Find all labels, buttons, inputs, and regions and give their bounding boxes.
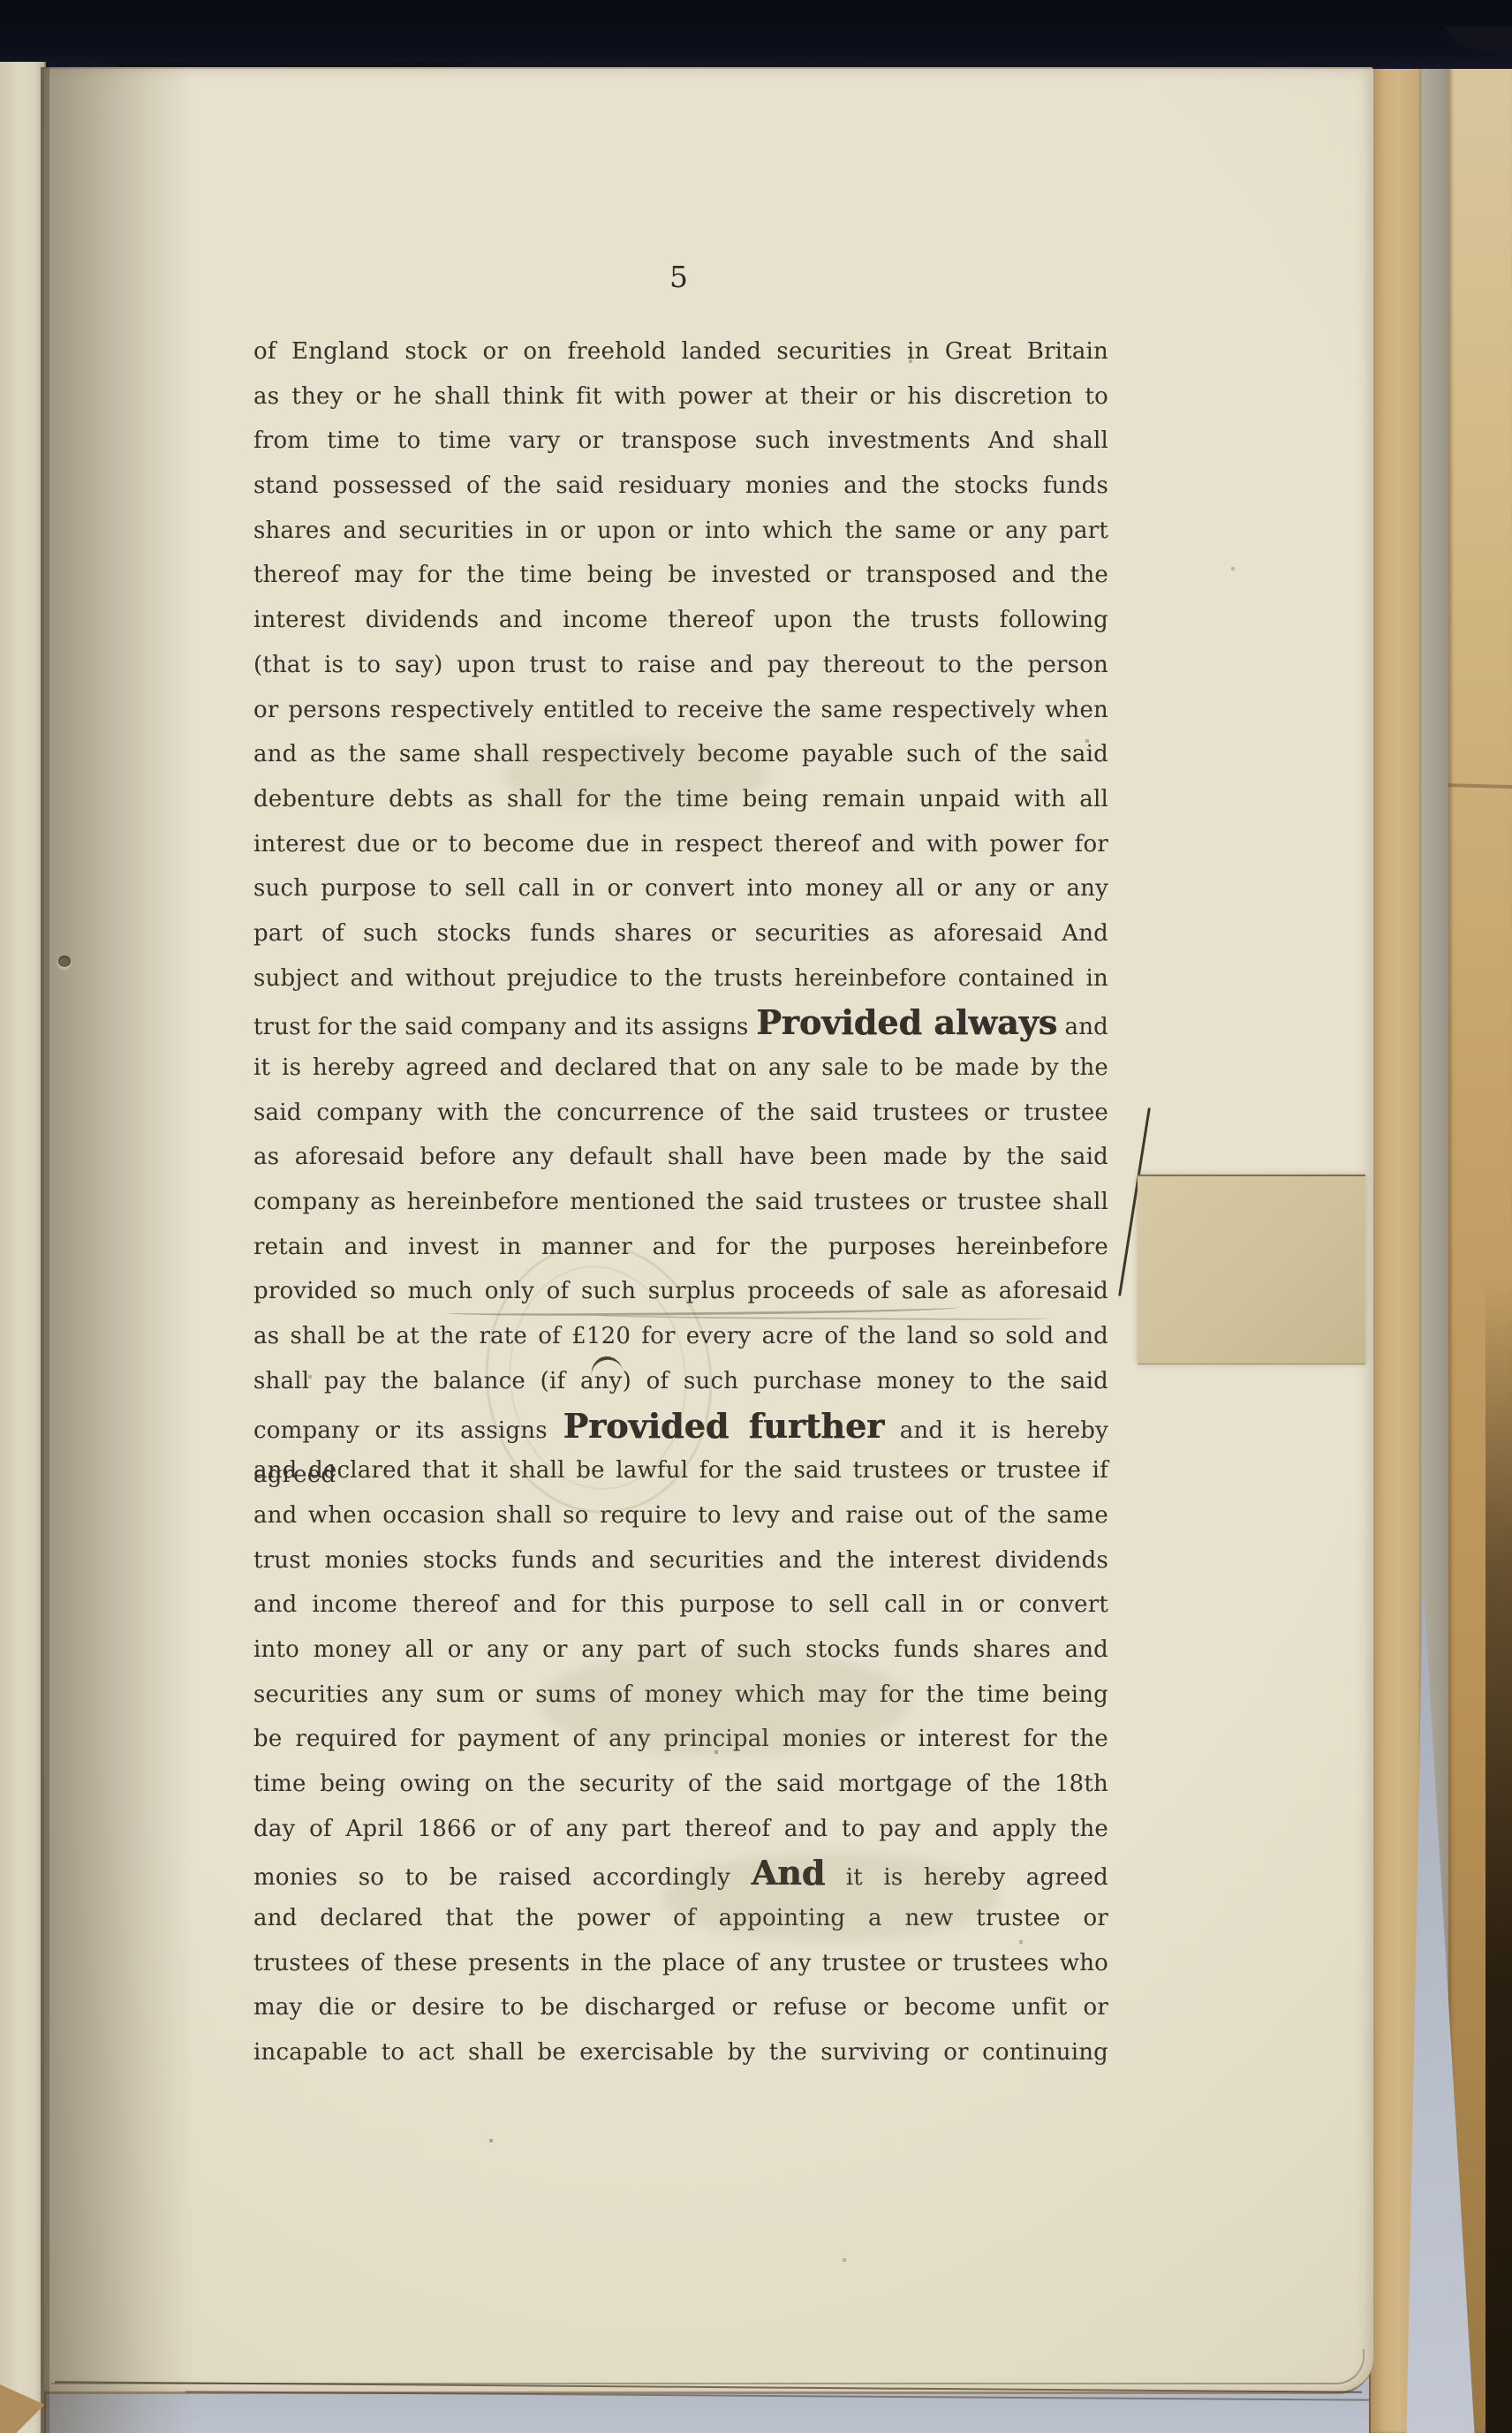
underlying-page-edge-line [51, 2349, 1365, 2384]
show-through-smudge [539, 1650, 910, 1756]
text-line: may die or desire to be discharged or re… [253, 1985, 1108, 2030]
text-line: trust for the said company and its assig… [253, 1001, 1108, 1046]
text-line: subject and without prejudice to the tru… [253, 956, 1108, 1001]
text-line: (that is to say) upon trust to raise and… [253, 643, 1108, 688]
text-line: from time to time vary or transpose such… [253, 419, 1108, 464]
paper-repair-patch [1138, 1175, 1365, 1364]
text-block: of England stock or on freehold landed s… [253, 329, 1108, 2075]
text-line: as aforesaid before any default shall ha… [253, 1135, 1108, 1180]
right-edge-shadow [1486, 1281, 1512, 2433]
gutter-shadow [41, 67, 195, 2433]
text-line: retain and invest in manner and for the … [253, 1225, 1108, 1270]
text-line: such purpose to sell call in or convert … [253, 866, 1108, 911]
show-through-smudge [503, 740, 768, 811]
gutter-crease [41, 67, 49, 2433]
text-line: it is hereby agreed and declared that on… [253, 1046, 1108, 1091]
text-line: as they or he shall think fit with power… [253, 374, 1108, 419]
text-line: interest dividends and income thereof up… [253, 598, 1108, 643]
text-line: and income thereof and for this purpose … [253, 1583, 1108, 1628]
page-number: 5 [252, 260, 1107, 294]
text-line: day of April 1866 or of any part thereof… [253, 1807, 1108, 1852]
text-line: or persons respectively entitled to rece… [253, 688, 1108, 733]
blackletter-phrase: Provided always [756, 1002, 1057, 1042]
opposite-page-sliver [0, 62, 46, 2433]
text-line: and when occasion shall so require to le… [253, 1493, 1108, 1538]
text-line: part of such stocks funds shares or secu… [253, 911, 1108, 956]
text-line: time being owing on the security of the … [253, 1762, 1108, 1807]
text-line: said company with the concurrence of the… [253, 1091, 1108, 1136]
binding-hole [58, 956, 71, 967]
text-line: company as hereinbefore mentioned the sa… [253, 1180, 1108, 1225]
embossed-stamp-ghost-inner [498, 1257, 697, 1499]
text-line: interest due or to become due in respect… [253, 822, 1108, 867]
photo-background-band [0, 0, 1512, 69]
text-line: trust monies stocks funds and securities… [253, 1538, 1108, 1583]
text-line: stand possessed of the said residuary mo… [253, 464, 1108, 509]
text-line: shares and securities in or upon or into… [253, 509, 1108, 554]
show-through-smudge [662, 1853, 998, 1941]
book-page-photo: 5 of England stock or on freehold landed… [0, 0, 1512, 2433]
document-page: 5 of England stock or on freehold landed… [44, 67, 1373, 2394]
text-line: of England stock or on freehold landed s… [253, 329, 1108, 374]
text-line: incapable to act shall be exercisable by… [253, 2030, 1108, 2075]
text-line: trustees of these presents in the place … [253, 1941, 1108, 1986]
text-line: thereof may for the time being be invest… [253, 553, 1108, 598]
